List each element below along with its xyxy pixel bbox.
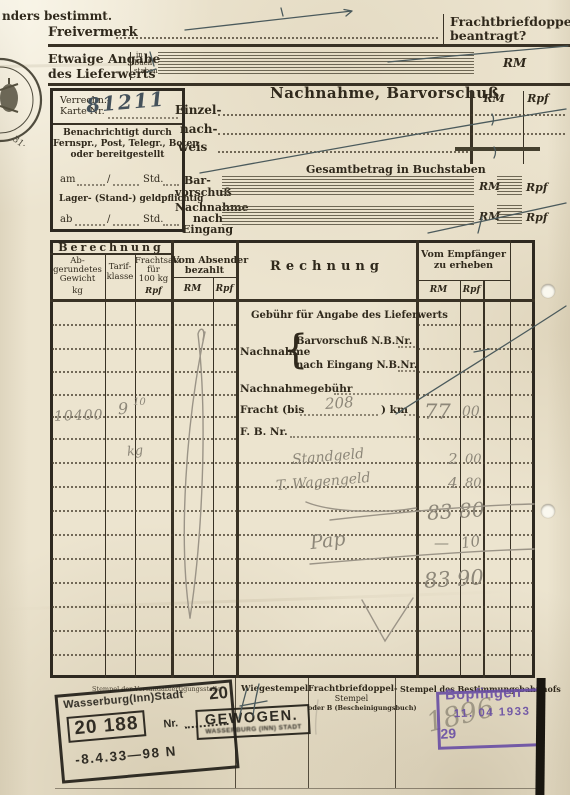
blank-line	[218, 114, 565, 116]
gesamtbetrag-label: Gesamtbetrag in Buchstaben	[306, 164, 486, 176]
rpf-header: Rpf	[520, 93, 556, 105]
weis-label: weis	[178, 141, 207, 154]
frachtsatz-unit: Rpf	[135, 287, 172, 296]
gewicht-value-handwritten: 10400	[54, 407, 104, 425]
row-line	[52, 654, 533, 656]
blank-line	[113, 224, 139, 226]
punch-hole	[541, 284, 555, 298]
vom-absender-header2: bezahlt	[172, 266, 237, 276]
filled-bar	[455, 147, 540, 151]
blank-line	[218, 133, 565, 135]
benachrichtigt-line1: Benachrichtigt durch	[53, 129, 182, 138]
table-vline	[213, 277, 214, 678]
row-leader	[404, 414, 415, 416]
table-vline	[460, 280, 461, 678]
blank-line	[77, 184, 105, 186]
vom-empfaenger-header2: zu erheben	[417, 261, 510, 271]
std-label: Std.	[143, 175, 163, 186]
table-vline	[135, 253, 136, 678]
std-label: Std.	[143, 215, 163, 226]
buchstaben-label3: staben	[134, 68, 158, 75]
row-leader	[398, 346, 415, 348]
bestimmung-stamp: Bopfingen 11. 04 1933 29	[436, 688, 542, 750]
frachtsatz-value2-handwritten: 10	[133, 397, 146, 408]
nach-eingang-field	[222, 206, 474, 227]
freight-waybill-document: 31· nders bestimmt. Freivermerk Frachtbr…	[0, 0, 570, 795]
row-line	[52, 438, 236, 440]
row-line	[52, 324, 236, 326]
versand-stamp-nr-label: Nr.	[163, 717, 179, 730]
rechnung-header: Rechnung	[237, 260, 417, 274]
column-line	[523, 91, 524, 164]
blank-line	[163, 224, 179, 226]
amount-rpf-handwritten: 10	[460, 532, 481, 552]
table-hline	[50, 299, 535, 302]
currency-rpf: Rpf	[526, 182, 548, 194]
footer-bottom-line	[55, 788, 536, 789]
fbnr-row-label: F. B. Nr.	[240, 427, 288, 438]
tarif-col-header2: klasse	[105, 273, 135, 282]
tarif-value-handwritten: kg	[126, 443, 143, 459]
currency-rm: RM	[503, 57, 526, 70]
row-leader	[290, 436, 415, 438]
lieferwert-value-field	[158, 52, 474, 75]
row-line	[418, 348, 533, 350]
row-line	[52, 558, 533, 560]
row-leader	[398, 370, 415, 372]
karte-nr-line	[108, 117, 178, 119]
amount-rpf-handwritten: 80	[458, 497, 485, 523]
svg-text:31·: 31·	[10, 134, 28, 151]
slash: /	[107, 215, 110, 226]
amount-rm-handwritten: 77	[424, 400, 451, 424]
row-line	[52, 371, 236, 373]
rule	[48, 44, 570, 47]
divider	[130, 52, 131, 80]
gewicht-col-header3: Gewicht	[50, 275, 105, 284]
amount-desc-handwritten: Pap	[309, 528, 347, 554]
barvorschuss-rpf-field	[497, 176, 522, 196]
benachrichtigt-line2: Fernspr., Post, Telegr., Boten	[53, 140, 182, 149]
row-line	[52, 394, 236, 396]
row-line	[52, 606, 533, 608]
table-hline	[416, 280, 511, 281]
barvorschuss-row-label: Barvorschuß N.B.Nr.	[296, 337, 412, 348]
rpf-subheader: Rpf	[460, 286, 483, 295]
fracht-row-label: Fracht (bis	[240, 405, 304, 416]
bestimmung-stamp-city: Bopfingen	[445, 685, 522, 704]
freivermerk-line	[116, 37, 438, 39]
gebuehr-row-label: Gebühr für Angabe des Lieferwerts	[251, 311, 448, 322]
fracht-km-value-handwritten: 208	[324, 393, 354, 413]
amount-rm-handwritten: 83	[426, 499, 453, 525]
versand-stamp-number: 20 188	[66, 710, 146, 743]
fracht-km-line	[300, 414, 378, 416]
bestimmung-stamp-num: 29	[440, 725, 456, 742]
rpf-subheader: Rpf	[213, 285, 236, 294]
frachtbriefdoppel-label: Frachtbriefdoppel	[450, 15, 570, 28]
page-top-fragment: nders bestimmt.	[2, 10, 112, 23]
nach-label: nach-	[180, 123, 218, 136]
table-vline	[510, 240, 511, 678]
table-vline	[483, 280, 485, 678]
berechnung-header: Berechnung	[50, 242, 172, 254]
column-line	[470, 91, 473, 164]
barvorschuss-field	[222, 176, 474, 197]
row-line	[418, 324, 533, 326]
frachtsatz-value-handwritten: 9	[118, 399, 129, 419]
blank-line	[113, 184, 139, 186]
table-vline	[236, 240, 239, 678]
amount-rm-handwritten: 2	[448, 450, 458, 468]
row-line	[418, 438, 533, 440]
rm-subheader: RM	[417, 286, 460, 295]
divider	[443, 14, 444, 45]
row-line	[52, 630, 533, 632]
frachtbriefdoppel-stempel-label2: Stempel	[308, 695, 395, 703]
frachtbriefdoppel-stempel-label3: oder B (Bescheinigungsbuch)	[308, 705, 395, 712]
page-edge-band	[535, 678, 545, 795]
vom-empfaenger-header: Vom Empfänger	[417, 250, 510, 260]
tarif-col-header: Tarif-	[105, 263, 135, 272]
frachtsatz-col-header3: 100 kg	[135, 275, 172, 284]
rm-subheader: RM	[172, 285, 213, 294]
versand-stamp-city-num: 20	[208, 683, 229, 705]
frachtbriefdoppel-question: beantragt?	[450, 29, 526, 42]
blank-line	[218, 151, 468, 153]
table-hline	[171, 277, 237, 278]
amount-rpf-handwritten: 80	[465, 476, 482, 491]
table-vline	[105, 253, 106, 678]
punch-hole	[541, 504, 555, 518]
am-label: am	[60, 175, 75, 186]
amount-rpf-handwritten: 90	[456, 565, 484, 591]
amount-rm-handwritten: 4	[448, 474, 458, 492]
blank-line	[75, 224, 105, 226]
nachnahme-title: Nachnahme, Barvorschuß	[270, 86, 475, 102]
frachtbriefdoppel-stempel-label: Frachtbriefdoppel-	[308, 685, 395, 694]
einzel-label: Einzel-	[175, 104, 221, 117]
wiegestempel-label: Wiegestempel	[241, 685, 308, 694]
row-line	[52, 348, 236, 350]
versand-stamp-date: -8.4.33—98 N	[75, 744, 178, 768]
nach-eingang-rpf-field	[497, 205, 522, 225]
gewicht-col-header4: kg	[50, 287, 105, 296]
table-vline	[416, 240, 419, 678]
amount-rm-handwritten: 83	[423, 567, 451, 593]
bestimmung-stamp-date: 11. 04 1933	[454, 706, 531, 721]
gewogen-stamp: GEWOGEN. WASSERBURG (INN) STADT	[195, 704, 311, 740]
amount-rm-handwritten: —	[434, 534, 449, 552]
slash: /	[107, 175, 110, 186]
versand-stamp-city: Wasserburg(Inn)Stadt	[63, 689, 184, 711]
barvorschuss-label: Bar-	[184, 175, 211, 187]
table-vline	[171, 240, 174, 678]
amount-rpf-handwritten: 00	[462, 404, 480, 420]
row-line	[418, 371, 533, 373]
rm-header: RM	[474, 93, 514, 105]
benachrichtigt-line3: oder bereitgestellt	[53, 151, 182, 160]
amount-rpf-handwritten: 00	[465, 452, 482, 467]
footer-vline	[395, 678, 396, 788]
divider	[53, 123, 182, 125]
row-line	[418, 394, 533, 396]
currency-rpf: Rpf	[526, 212, 548, 224]
ab-label: ab	[60, 215, 72, 226]
